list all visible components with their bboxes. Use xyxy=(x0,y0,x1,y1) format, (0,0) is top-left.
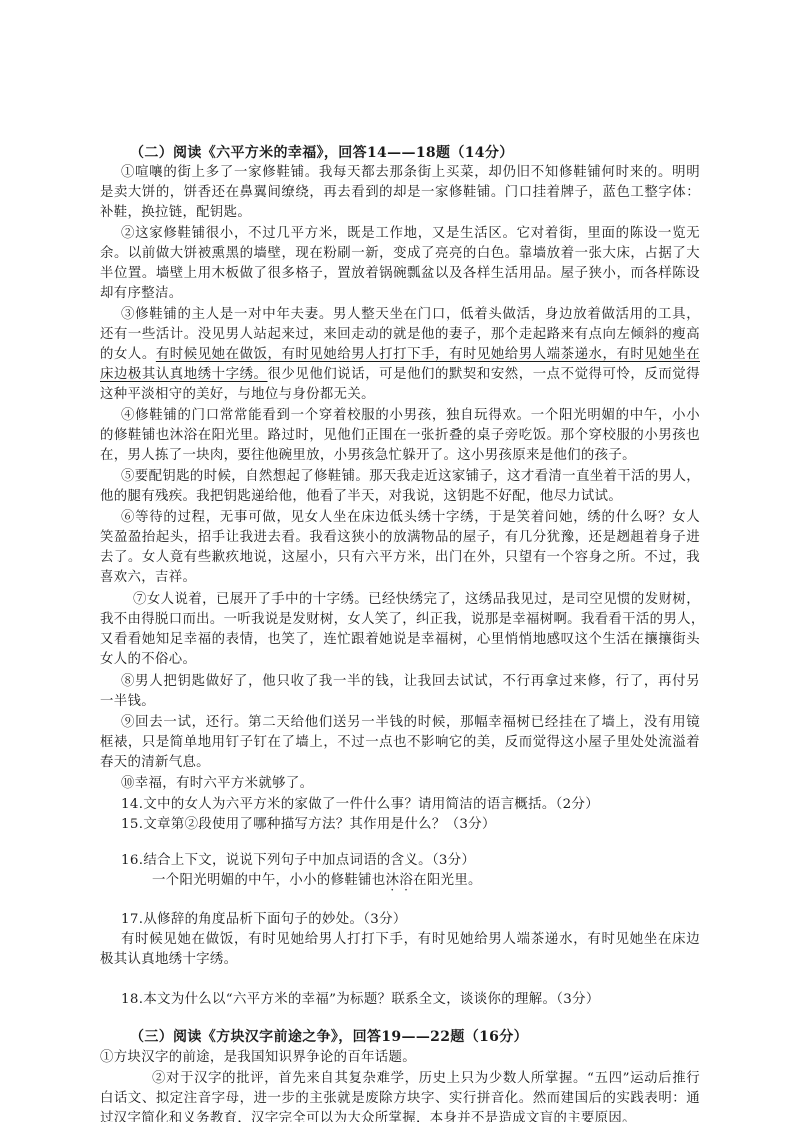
question-17-sentence-line: 极其认真地绣十字绣。 xyxy=(100,950,700,970)
question-16: 16.结合上下文，说说下列句子中加点词语的含义。（3分） xyxy=(121,851,700,871)
text-line: 去了。女人竟有些歉疚地说，这屋小，只有六平方米，出门在外，只望有一个容身之所。不… xyxy=(100,548,700,568)
question-18: 18.本文为什么以“六平方米的幸福”为标题？联系全文，谈谈你的理解。（3分） xyxy=(121,990,700,1010)
text-line: ①喧嚷的街上多了一家修鞋铺。我每天都去那条街上买菜，却仍旧不知修鞋铺何时来的。明… xyxy=(121,163,700,183)
text-segment: 原因。 xyxy=(595,1111,636,1122)
text-line: 在，男人拣了一块肉，要往他碗里放，小男孩急忙躲开了。这小男孩原来是他们的孩子。 xyxy=(100,446,700,466)
text-segment: 很少见他们说话，可是他们的默契和安然，一点不觉得可怜，反而觉得 xyxy=(268,367,701,382)
text-line: ⑥等待的过程，无事可做，见女人坐在床边低头绣十字绣，于是笑着问她，绣的什么呀？女… xyxy=(121,508,700,528)
text-segment: 一个阳光明媚的中午，小小的修鞋铺也 xyxy=(152,873,386,888)
question-16-sentence: 一个阳光明媚的中午，小小的修鞋铺也沐浴在阳光里。 xyxy=(152,871,700,891)
text-line: ②这家修鞋铺很小，不过几平方米，既是工作地，又是生活区。它对着街，里面的陈设一览… xyxy=(121,224,700,244)
section-heading: （二）阅读《六平方米的幸福》，回答14——18题（14分） xyxy=(130,143,730,163)
emphasis-dotted-char: 浴 xyxy=(399,873,413,888)
text-segment: 过汉字简化和义务教育，汉字完全可以为大众所掌握，本身并不是造成文盲的 xyxy=(100,1111,567,1122)
text-line: 我不由得脱口而出。一听我说是发财树，女人笑了，纠正我，说那是幸福树啊。我看看干活… xyxy=(100,610,700,630)
text-line: 这种平淡相守的美好，与地位与身份都无关。 xyxy=(100,385,700,405)
text-line: 的女人。有时候见她在做饭，有时见她给男人打打下手，有时见她给男人端茶递水，有时见… xyxy=(100,345,700,365)
text-line: 还有一些活计。没见男人站起来过，来回走动的就是他的妻子，那个走起路来有点向左倾斜… xyxy=(100,325,700,345)
question-17-sentence-line: 有时候见她在做饭，有时见她给男人打打下手，有时见她给男人端茶递水，有时见她坐在床… xyxy=(121,930,700,950)
emphasis-dotted-char: 沐 xyxy=(386,873,400,888)
text-line: ②对于汉字的批评，首先来自其复杂难学，历史上只为少数人所掌握。“五四”运动后推行 xyxy=(152,1069,700,1089)
text-line: ⑧男人把钥匙做好了，他只收了我一半的钱，让我回去试试，不行再拿过来修，行了，再付… xyxy=(121,672,700,692)
text-line: 半位置。墙壁上用木板做了很多格子，置放着锅碗瓢盆以及各样生活用品。屋子狭小，而各… xyxy=(100,264,700,284)
text-line: 喜欢六，吉祥。 xyxy=(100,568,700,588)
text-segment: 在阳光里。 xyxy=(413,873,482,888)
question-14: 14.文中的女人为六平方米的家做了一件什么事？请用简洁的语言概括。（2分） xyxy=(121,795,700,815)
section-heading: （三）阅读《方块汉字前途之争》，回答19——22题（16分） xyxy=(130,1027,730,1047)
text-line: 过汉字简化和义务教育，汉字完全可以为大众所掌握，本身并不是造成文盲的主要原因。 xyxy=(100,1109,700,1122)
text-segment: 的女人。 xyxy=(100,347,156,362)
text-line: ⑤要配钥匙的时候，自然想起了修鞋铺。那天我走近这家铺子，这才看清一直坐着干活的男… xyxy=(121,467,700,487)
text-line: 白话文、拟定注音字母，进一步的主张就是废除方块字、实行拼音化。然而建国后的实践表… xyxy=(100,1089,700,1109)
question-15: 15.文章第②段使用了哪种描写方法？其作用是什么？（3分） xyxy=(121,815,700,835)
text-line: ⑦女人说着，已展开了手中的十字绣。已经快绣完了，这绣品我见过，是司空见惯的发财树… xyxy=(133,590,700,610)
underlined-word: 主要 xyxy=(567,1111,594,1122)
question-17: 17.从修辞的角度品析下面句子的妙处。（3分） xyxy=(121,910,700,930)
text-line: 他的腿有残疾。我把钥匙递给他，他看了半天，对我说，这钥匙不好配，他尽力试试。 xyxy=(100,487,700,507)
text-line: 却有序整洁。 xyxy=(100,284,700,304)
text-line: 余。以前做大饼被熏黑的墙壁，现在粉刷一新，变成了亮亮的白色。靠墙放着一张大床，占… xyxy=(100,244,700,264)
text-line: 又看看她知足幸福的表情，也笑了，连忙跟着她说是幸福树，心里悄悄地感叹这个生活在攘… xyxy=(100,630,700,650)
section3-paragraph-1: ①方块汉字的前途，是我国知识界争论的百年话题。 xyxy=(100,1048,700,1068)
underlined-sentence: 床边极其认真地绣十字绣。 xyxy=(100,367,268,382)
text-line: 一半钱。 xyxy=(100,692,700,712)
text-line: 补鞋，换拉链，配钥匙。 xyxy=(100,203,700,223)
text-line: 女人的不俗心。 xyxy=(100,650,700,670)
text-line: 春天的清新气息。 xyxy=(100,753,700,773)
text-line: 床边极其认真地绣十字绣。很少见他们说话，可是他们的默契和安然，一点不觉得可怜，反… xyxy=(100,365,700,385)
text-line: ④修鞋铺的门口常常能看到一个穿着校服的小男孩，独自玩得欢。一个阳光明媚的中午，小… xyxy=(121,406,700,426)
text-line: 笑盈盈抬起头，招手让我进去看。我看这狭小的放满物品的屋子，有几分犹豫，还是趔趄着… xyxy=(100,528,700,548)
text-line: 的修鞋铺也沐浴在阳光里。路过时，见他们正围在一张折叠的桌子旁吃饭。那个穿校服的小… xyxy=(100,426,700,446)
text-line: 是卖大饼的，饼香还在鼻翼间缭绕，再去看到的却是一家修鞋铺。门口挂着牌子，蓝色工整… xyxy=(100,183,700,203)
text-line: 框裱，只是简单地用钉子钉在了墙上，不过一点也不影响它的美，反而觉得这小屋子里处处… xyxy=(100,733,700,753)
underlined-sentence: 有时候见她在做饭，有时见她给男人打打下手，有时见她给男人端茶递水，有时见她坐在 xyxy=(156,347,700,362)
text-line: ③修鞋铺的主人是一对中年夫妻。男人整天坐在门口，低着头做活，身边放着做活用的工具… xyxy=(121,305,700,325)
text-line: ⑨回去一试，还行。第二天给他们送另一半钱的时候，那幅幸福树已经挂在了墙上，没有用… xyxy=(121,713,700,733)
paragraph-10: ⑩幸福，有时六平方米就够了。 xyxy=(121,774,700,794)
